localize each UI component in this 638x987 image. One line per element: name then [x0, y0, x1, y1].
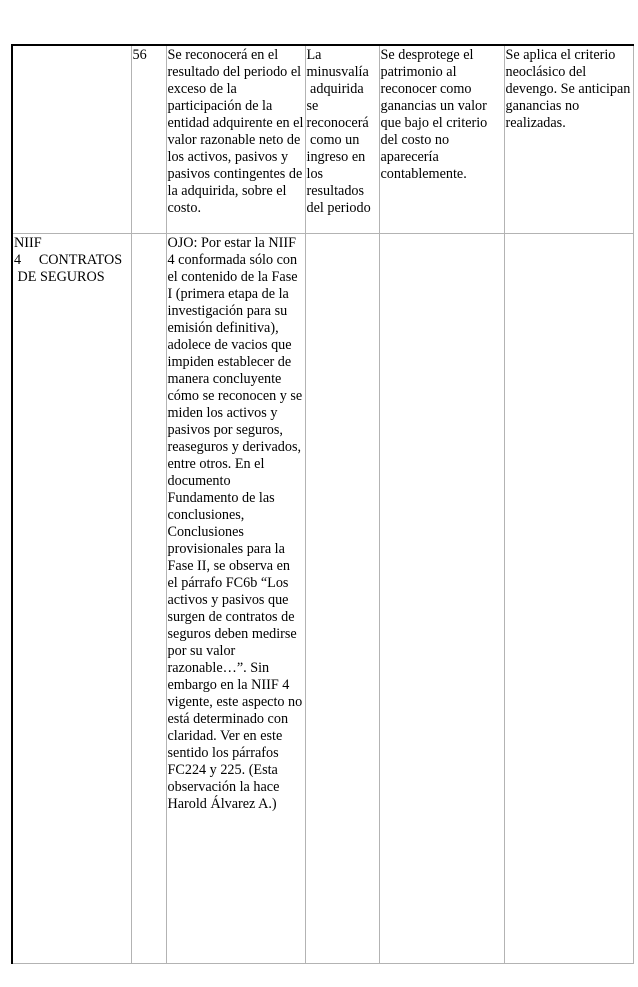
treatment-cell: [305, 234, 379, 964]
effect-cell: Se desprotege el patrimonio al reconocer…: [379, 45, 504, 234]
paragraph-number-cell: 56: [131, 45, 166, 234]
criterion-cell: Se aplica el criterio neoclásico del dev…: [504, 45, 633, 234]
criterion-cell: [504, 234, 633, 964]
table-row: 56 Se reconocerá en el resultado del per…: [12, 45, 633, 234]
treatment-cell: La minusvalía adquirida se reconocerá co…: [305, 45, 379, 234]
niif-analysis-table: 56 Se reconocerá en el resultado del per…: [11, 44, 634, 964]
document-page: 56 Se reconocerá en el resultado del per…: [11, 44, 634, 964]
norm-cell: [12, 45, 131, 234]
paragraph-number-cell: [131, 234, 166, 964]
table-row: NIIF 4 CONTRATOS DE SEGUROS OJO: Por est…: [12, 234, 633, 964]
description-cell: OJO: Por estar la NIIF 4 conformada sólo…: [166, 234, 305, 964]
norm-cell: NIIF 4 CONTRATOS DE SEGUROS: [12, 234, 131, 964]
effect-cell: [379, 234, 504, 964]
description-cell: Se reconocerá en el resultado del period…: [166, 45, 305, 234]
